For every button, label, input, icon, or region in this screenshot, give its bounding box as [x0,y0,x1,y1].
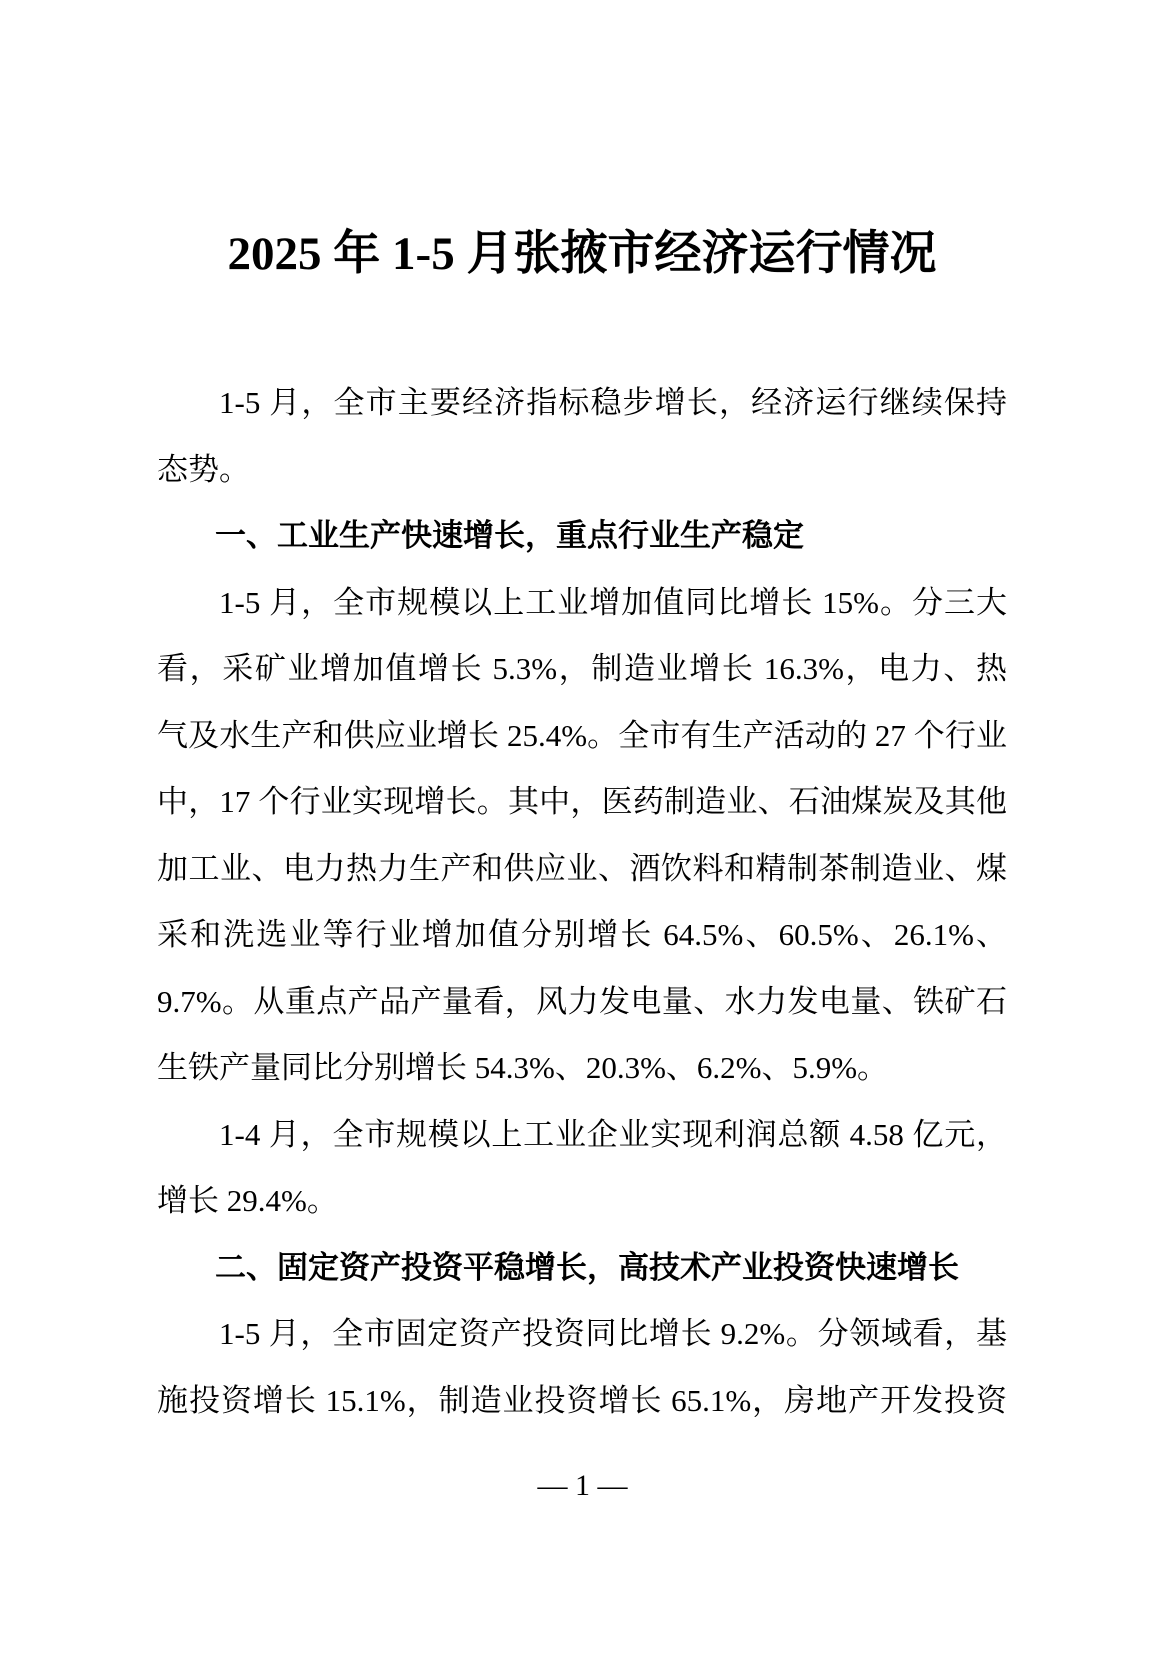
paragraph: 1-5 月，全市主要经济指标稳步增长，经济运行继续保持平稳态势。 [157,370,1007,503]
section-heading: 二、固定资产投资平稳增长，高技术产业投资快速增长 [157,1235,1007,1302]
text-line: 加工业、电力热力生产和供应业、酒饮料和精制茶制造业、煤炭开 [157,836,1007,903]
text-line: 1-5 月，全市主要经济指标稳步增长，经济运行继续保持平稳 [157,370,1007,437]
text-line: 态势。 [157,437,1007,504]
text-line: 1-5 月，全市固定资产投资同比增长 9.2%。分领域看，基础设 [157,1301,1007,1368]
text-line: 气及水生产和供应业增长 25.4%。全市有生产活动的 27 个行业大类 [157,703,1007,770]
document-body: 1-5 月，全市主要经济指标稳步增长，经济运行继续保持平稳态势。一、工业生产快速… [157,370,1007,1434]
text-line: 施投资增长 15.1%，制造业投资增长 65.1%，房地产开发投资下降 [157,1368,1007,1435]
text-line: 看，采矿业增加值增长 5.3%，制造业增长 16.3%，电力、热力、燃 [157,636,1007,703]
section-heading: 一、工业生产快速增长，重点行业生产稳定 [157,503,1007,570]
text-line: 1-5 月，全市规模以上工业增加值同比增长 15%。分三大门类 [157,570,1007,637]
text-line: 采和洗选业等行业增加值分别增长 64.5%、60.5%、26.1%、12.9%、 [157,902,1007,969]
paragraph: 1-5 月，全市固定资产投资同比增长 9.2%。分领域看，基础设施投资增长 15… [157,1301,1007,1434]
text-line: 9.7%。从重点产品产量看，风力发电量、水力发电量、铁矿石原矿、 [157,969,1007,1036]
paragraph: 1-5 月，全市规模以上工业增加值同比增长 15%。分三大门类看，采矿业增加值增… [157,570,1007,1102]
document-page: 2025 年 1-5 月张掖市经济运行情况 1-5 月，全市主要经济指标稳步增长… [0,0,1165,1653]
text-line: 中，17 个行业实现增长。其中，医药制造业、石油煤炭及其他燃料 [157,769,1007,836]
text-line: 1-4 月，全市规模以上工业企业实现利润总额 4.58 亿元，同比 [157,1102,1007,1169]
paragraph: 1-4 月，全市规模以上工业企业实现利润总额 4.58 亿元，同比增长 29.4… [157,1102,1007,1235]
text-line: 生铁产量同比分别增长 54.3%、20.3%、6.2%、5.9%。 [157,1035,1007,1102]
text-line: 增长 29.4%。 [157,1168,1007,1235]
document-title: 2025 年 1-5 月张掖市经济运行情况 [157,218,1007,290]
page-number: — 1 — [0,1462,1165,1510]
